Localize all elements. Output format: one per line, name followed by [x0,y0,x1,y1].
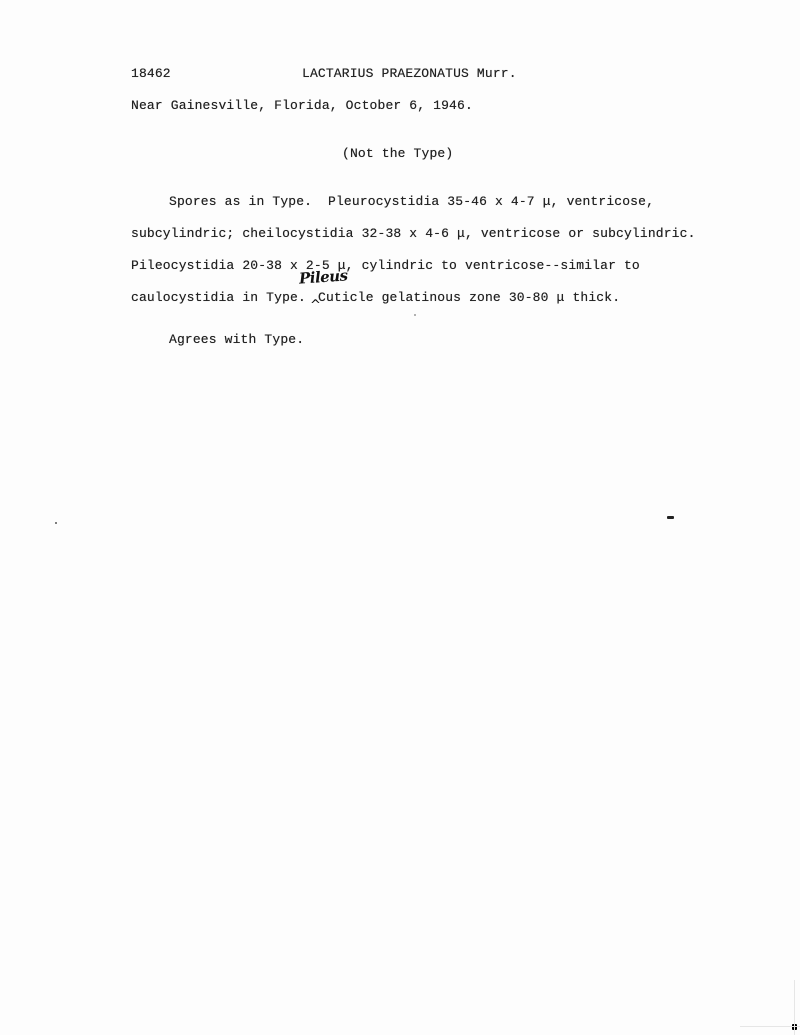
scanned-document-page: 18462 LACTARIUS PRAEZONATUS Murr. Near G… [0,0,800,1035]
accession-number: 18462 [131,66,171,82]
description-line-4-end: Cuticle gelatinous zone 30-80 μ thick. [318,290,620,306]
scan-speck [55,522,57,524]
type-status-note: (Not the Type) [342,146,453,162]
description-line-3: Pileocystidia 20-38 x 2-5 μ, cylindric t… [131,258,640,274]
conclusion-note: Agrees with Type. [169,332,304,348]
description-line-4-start: caulocystidia in Type. [131,290,314,306]
scan-edge-line [740,1026,800,1027]
description-line-2: subcylindric; cheilocystidia 32-38 x 4-6… [131,226,696,242]
handwritten-insertion: Pileus [298,266,348,287]
insertion-caret-mark: ^ [310,298,321,313]
species-heading: LACTARIUS PRAEZONATUS Murr. [302,66,517,82]
description-line-1: Spores as in Type. Pleurocystidia 35-46 … [169,194,654,210]
collection-locality: Near Gainesville, Florida, October 6, 19… [131,98,473,114]
scan-speck [667,516,674,519]
scan-speck [414,314,416,316]
